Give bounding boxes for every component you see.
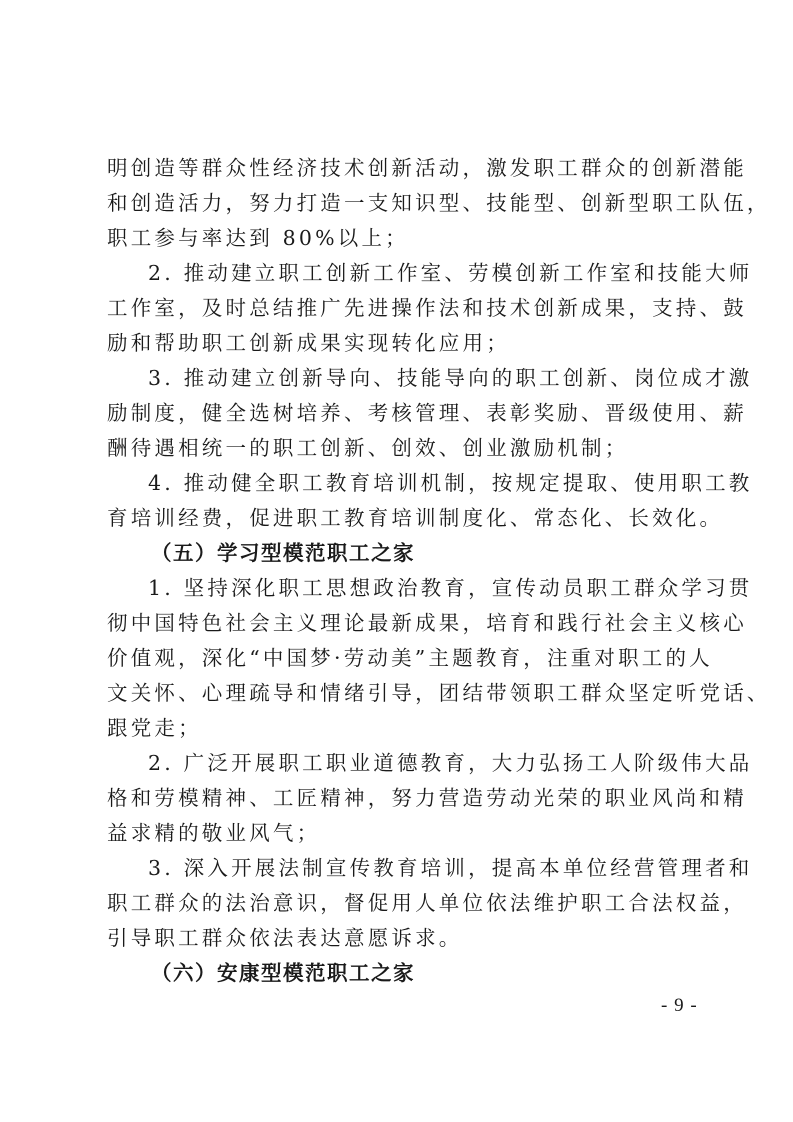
paragraph-line: 酬待遇相统一的职工创新、创效、创业激励机制； <box>107 431 692 466</box>
list-item-start: 4. 推动健全职工教育培训机制，按规定提取、使用职工教 <box>107 466 692 501</box>
list-item-start: 2. 推动建立职工创新工作室、劳模创新工作室和技能大师 <box>107 256 692 291</box>
list-item-start: 3. 深入开展法制宣传教育培训，提高本单位经营管理者和 <box>107 851 692 886</box>
list-item-start: 2. 广泛开展职工职业道德教育，大力弘扬工人阶级伟大品 <box>107 746 692 781</box>
paragraph-line: 励制度，健全选树培养、考核管理、表彰奖励、晋级使用、薪 <box>107 396 692 431</box>
paragraph-line: 职工参与率达到 80%以上； <box>107 221 692 256</box>
paragraph-line: 益求精的敬业风气； <box>107 816 692 851</box>
paragraph-line: 格和劳模精神、工匠精神，努力营造劳动光荣的职业风尚和精 <box>107 781 692 816</box>
list-item-start: 3. 推动建立创新导向、技能导向的职工创新、岗位成才激 <box>107 361 692 396</box>
paragraph-line: 文关怀、心理疏导和情绪引导，团结带领职工群众坚定听党话、 <box>107 676 692 711</box>
paragraph-line: 育培训经费，促进职工教育培训制度化、常态化、长效化。 <box>107 501 692 536</box>
paragraph-line: 和创造活力，努力打造一支知识型、技能型、创新型职工队伍， <box>107 186 692 221</box>
paragraph-line: 引导职工群众依法表达意愿诉求。 <box>107 921 692 956</box>
section-heading: （五）学习型模范职工之家 <box>107 536 692 571</box>
paragraph-line: 励和帮助职工创新成果实现转化应用； <box>107 326 692 361</box>
paragraph-line: 职工群众的法治意识，督促用人单位依法维护职工合法权益， <box>107 886 692 921</box>
document-body: 明创造等群众性经济技术创新活动，激发职工群众的创新潜能 和创造活力，努力打造一支… <box>107 151 692 991</box>
paragraph-line: 工作室，及时总结推广先进操作法和技术创新成果，支持、鼓 <box>107 291 692 326</box>
list-item-start: 1. 坚持深化职工思想政治教育，宣传动员职工群众学习贯 <box>107 571 692 606</box>
paragraph-line: 跟党走； <box>107 711 692 746</box>
paragraph-line: 价值观，深化“中国梦·劳动美”主题教育，注重对职工的人 <box>107 641 692 676</box>
section-heading: （六）安康型模范职工之家 <box>107 956 692 991</box>
paragraph-line: 彻中国特色社会主义理论最新成果，培育和践行社会主义核心 <box>107 606 692 641</box>
page-number: - 9 - <box>661 995 698 1017</box>
paragraph-line: 明创造等群众性经济技术创新活动，激发职工群众的创新潜能 <box>107 151 692 186</box>
document-page: 明创造等群众性经济技术创新活动，激发职工群众的创新潜能 和创造活力，努力打造一支… <box>0 0 793 1122</box>
